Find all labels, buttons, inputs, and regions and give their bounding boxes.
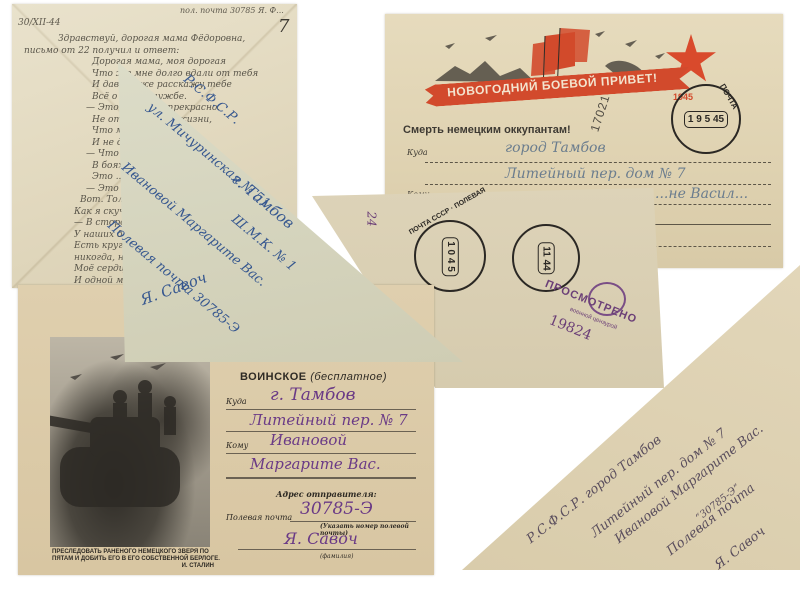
envelope-title: ВОИНСКОЕ (бесплатное) (240, 371, 387, 383)
sender-header: Адрес отправителя: (276, 489, 377, 499)
triangle-blue-content: Р.С.Ф.С.Р. г. Тамбов ул. Мичуринская № 5… (118, 62, 463, 362)
stalin-quote: ПРЕСЛЕДОВАТЬ РАНЕНОГО НЕМЕЦКОГО ЗВЕРЯ ПО… (52, 549, 222, 570)
envelope-rule-5 (290, 521, 416, 522)
envelope-rule-4 (226, 477, 416, 479)
triangle-pencil-line-5: Я. Савоч (712, 524, 768, 573)
letter-date: 30/XII-44 (18, 18, 61, 28)
stamp-number: 17021 (588, 93, 613, 134)
field-to-value: город Тамбов (505, 140, 606, 156)
triangle-pencil-content: Р.С.Ф.С.Р. город Тамбов Литейный пер. до… (462, 265, 800, 570)
letter-header-right: пол. почта 30785 Я. Ф... (180, 6, 284, 15)
envelope-street: Литейный пер. № 7 (250, 411, 408, 429)
envelope-whom-value2: Маргарите Вас. (250, 455, 381, 473)
sender-hint: (фамилия) (320, 553, 353, 560)
fieldpost-value: 30785-Э (300, 499, 373, 519)
envelope-whom-label: Кому (226, 441, 248, 450)
envelope-whom-value: Ивановой (270, 431, 347, 449)
envelope-to-label: Куда (226, 397, 247, 406)
envelope-rule-1 (226, 409, 416, 410)
letter-page-number: 7 (278, 16, 289, 37)
triangle-blue-line-0: Р.С.Ф.С.Р. (180, 72, 242, 128)
address-rule-2 (425, 184, 771, 185)
envelope-rule-6 (238, 549, 416, 550)
address-rule-1 (425, 162, 771, 163)
sender-signature: Я. Савоч (284, 529, 358, 548)
envelope-to-value: г. Тамбов (270, 385, 355, 405)
fieldpost-label: Полевая почта (226, 513, 292, 522)
triangle-blue-line-5: Полевая почта 30785-Э (104, 218, 242, 337)
address-line2: Литейный пер. дом № 7 (505, 166, 686, 182)
tank-illustration (50, 337, 210, 547)
envelope-rule-3 (226, 453, 416, 454)
recipient-line: ...не Васил... (655, 186, 748, 202)
